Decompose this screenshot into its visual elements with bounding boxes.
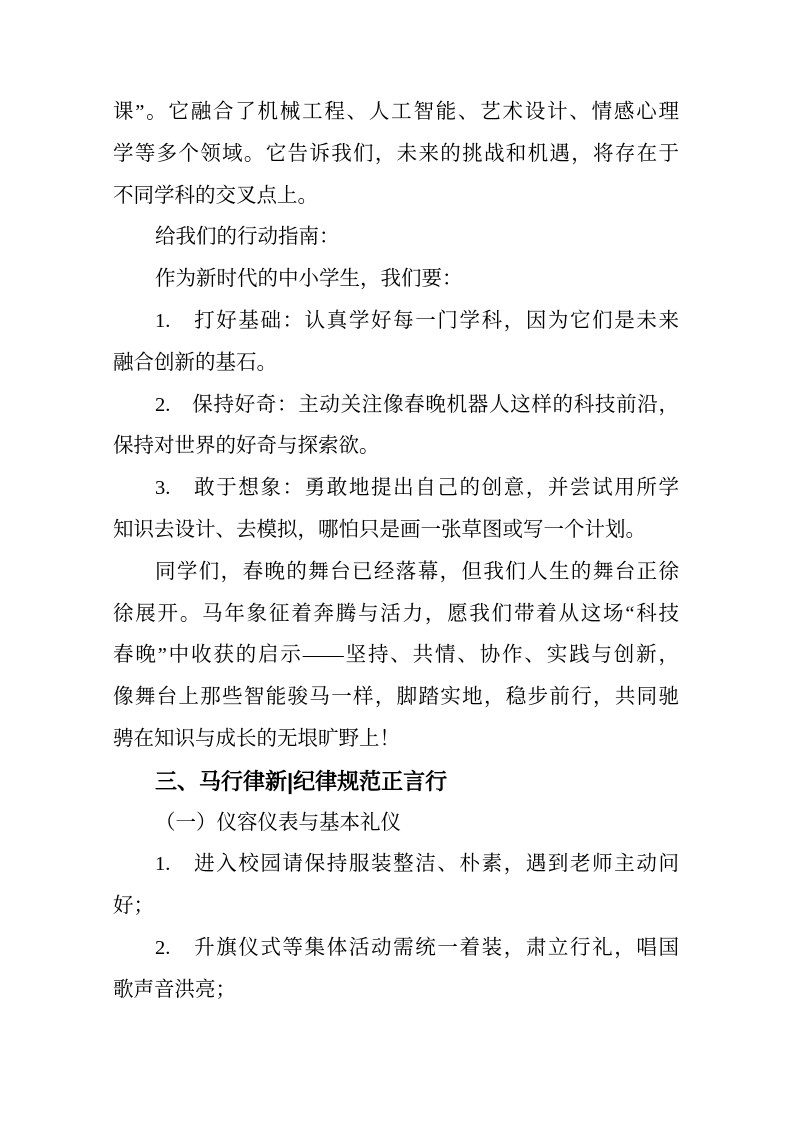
text-line: 3. 敢于想象：勇敢地提出自己的创意，并尝试用所学 — [113, 468, 679, 510]
paragraph: 2. 保持好奇：主动关注像春晚机器人这样的科技前沿，保持对世界的好奇与探索欲。 — [113, 385, 679, 469]
text-line: 1. 进入校园请保持服装整洁、朴素，遇到老师主动问 — [113, 844, 679, 886]
paragraph: 1. 进入校园请保持服装整洁、朴素，遇到老师主动问好； — [113, 844, 679, 928]
text-line: 融合创新的基石。 — [113, 343, 679, 385]
text-line: 学等多个领域。它告诉我们，未来的挑战和机遇，将存在于 — [113, 134, 679, 176]
text-line: 不同学科的交叉点上。 — [113, 176, 679, 218]
text-line: 好； — [113, 886, 679, 928]
paragraph: 给我们的行动指南： — [113, 217, 679, 259]
text-line: 知识去设计、去模拟，哪怕只是画一张草图或写一个计划。 — [113, 510, 679, 552]
text-line: 1. 打好基础：认真学好每一门学科，因为它们是未来 — [113, 301, 679, 343]
paragraph: 2. 升旗仪式等集体活动需统一着装，肃立行礼，唱国歌声音洪亮； — [113, 928, 679, 1012]
paragraph: 1. 打好基础：认真学好每一门学科，因为它们是未来融合创新的基石。 — [113, 301, 679, 385]
text-line: 课”。它融合了机械工程、人工智能、艺术设计、情感心理 — [113, 92, 679, 134]
paragraph: 3. 敢于想象：勇敢地提出自己的创意，并尝试用所学知识去设计、去模拟，哪怕只是画… — [113, 468, 679, 552]
text-line: 保持对世界的好奇与探索欲。 — [113, 426, 679, 468]
text-line: 春晚”中收获的启示——坚持、共情、协作、实践与创新， — [113, 635, 679, 677]
paragraph: 课”。它融合了机械工程、人工智能、艺术设计、情感心理学等多个领域。它告诉我们，未… — [113, 92, 679, 217]
text-line: 徐展开。马年象征着奔腾与活力，愿我们带着从这场“科技 — [113, 594, 679, 636]
text-line: 2. 升旗仪式等集体活动需统一着装，肃立行礼，唱国 — [113, 928, 679, 970]
paragraph: 作为新时代的中小学生，我们要： — [113, 259, 679, 301]
text-line: 三、马行律新|纪律规范正言行 — [113, 761, 679, 803]
text-line: 骋在知识与成长的无垠旷野上！ — [113, 719, 679, 761]
text-line: （一）仪容仪表与基本礼仪 — [113, 803, 679, 845]
text-line: 2. 保持好奇：主动关注像春晚机器人这样的科技前沿， — [113, 385, 679, 427]
section-heading: 三、马行律新|纪律规范正言行 — [113, 761, 679, 803]
text-line: 同学们，春晚的舞台已经落幕，但我们人生的舞台正徐 — [113, 552, 679, 594]
document-body: 课”。它融合了机械工程、人工智能、艺术设计、情感心理学等多个领域。它告诉我们，未… — [113, 92, 679, 1012]
text-line: 作为新时代的中小学生，我们要： — [113, 259, 679, 301]
document-page: 课”。它融合了机械工程、人工智能、艺术设计、情感心理学等多个领域。它告诉我们，未… — [0, 0, 793, 1122]
text-line: 给我们的行动指南： — [113, 217, 679, 259]
paragraph: （一）仪容仪表与基本礼仪 — [113, 803, 679, 845]
text-line: 歌声音洪亮； — [113, 970, 679, 1012]
text-line: 像舞台上那些智能骏马一样，脚踏实地，稳步前行，共同驰 — [113, 677, 679, 719]
paragraph: 同学们，春晚的舞台已经落幕，但我们人生的舞台正徐徐展开。马年象征着奔腾与活力，愿… — [113, 552, 679, 761]
